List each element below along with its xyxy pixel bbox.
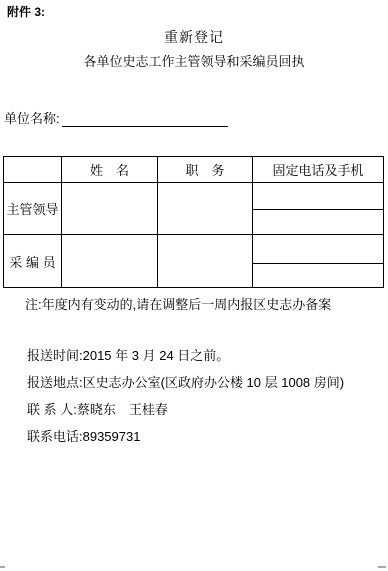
attachment-label: 附件 3: (7, 5, 45, 20)
unit-name-blank-line[interactable] (62, 111, 228, 127)
footer-line-contact-person: 联 系 人:蔡晓东 王桂春 (27, 402, 168, 417)
footer-line-contact-phone: 联系电话:89359731 (27, 429, 140, 444)
header-cell-phone: 固定电话及手机 (253, 157, 384, 183)
note-line: 注:年度内有变动的,请在调整后一周内报区史志办备案 (25, 297, 331, 312)
editor-position-cell[interactable] (158, 235, 253, 288)
contacts-table: 姓 名 职 务 固定电话及手机 主管领导 采 编 员 (3, 156, 384, 288)
leader-phone-cell-2[interactable] (253, 210, 384, 235)
header-cell-name: 姓 名 (62, 157, 158, 183)
unit-name-label: 单位名称: (4, 110, 60, 127)
header-cell-empty (4, 157, 62, 183)
page-corner-mark-right (378, 566, 386, 568)
editor-name-cell[interactable] (62, 235, 158, 288)
page-subtitle: 各单位史志工作主管领导和采编员回执 (0, 54, 388, 69)
leader-name-cell[interactable] (62, 183, 158, 235)
table-row-editor: 采 编 员 (4, 235, 384, 264)
footer-line-submit-location: 报送地点:区史志办公室(区政府办公楼 10 层 1008 房间) (27, 375, 344, 390)
row-label-editor: 采 编 员 (4, 235, 62, 288)
leader-phone-cell-1[interactable] (253, 183, 384, 210)
table-row-leader: 主管领导 (4, 183, 384, 210)
header-cell-position: 职 务 (158, 157, 253, 183)
leader-position-cell[interactable] (158, 183, 253, 235)
table-header-row: 姓 名 职 务 固定电话及手机 (4, 157, 384, 183)
footer-line-submit-time: 报送时间:2015 年 3 月 24 日之前。 (27, 348, 229, 363)
editor-phone-cell-1[interactable] (253, 235, 384, 264)
page-title: 重新登记 (0, 30, 388, 45)
row-label-leader: 主管领导 (4, 183, 62, 235)
page-corner-mark-left (0, 566, 5, 568)
editor-phone-cell-2[interactable] (253, 264, 384, 288)
unit-name-row: 单位名称: (4, 110, 228, 127)
document-page: 附件 3: 重新登记 各单位史志工作主管领导和采编员回执 单位名称: 姓 名 职… (0, 0, 388, 571)
